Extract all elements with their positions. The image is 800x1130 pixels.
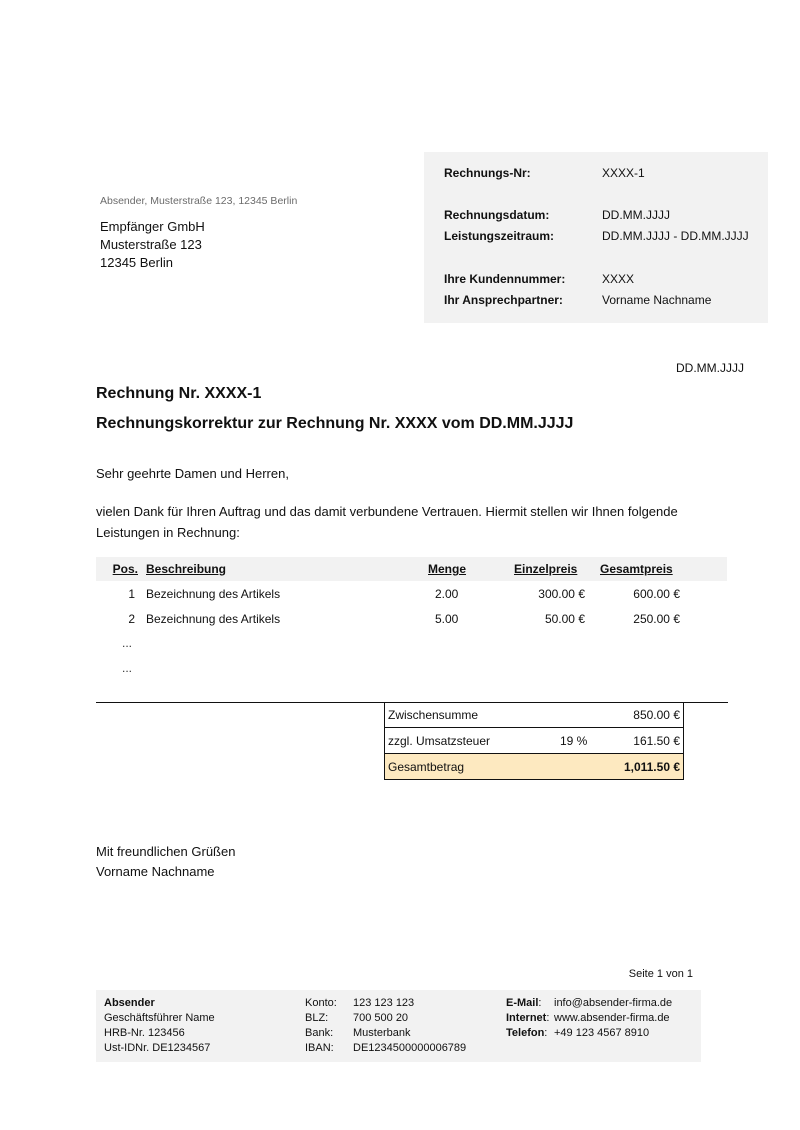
subtotal-value: 850.00 € bbox=[633, 708, 680, 722]
invoice-info-box: Rechnungs-Nr:XXXX-1 Rechnungsdatum:DD.MM… bbox=[424, 152, 768, 323]
info-row-contact-person: Ihr Ansprechpartner:Vorname Nachname bbox=[444, 292, 711, 308]
footer-bank: Konto:123 123 123 BLZ:700 500 20 Bank:Mu… bbox=[305, 996, 466, 1056]
item-unit-price: 300.00 € bbox=[538, 587, 585, 601]
footer-contact: E-Mail:info@absender-firma.de Internet:w… bbox=[506, 996, 672, 1041]
salutation: Sehr geehrte Damen und Herren, bbox=[96, 466, 289, 481]
sender-return-address: Absender, Musterstraße 123, 12345 Berlin bbox=[100, 195, 297, 207]
item-description: Bezeichnung des Artikels bbox=[146, 612, 280, 626]
letter-date: DD.MM.JJJJ bbox=[676, 361, 744, 375]
tax-rate: 19 % bbox=[560, 734, 587, 748]
recipient-line: Empfänger GmbH bbox=[100, 218, 205, 236]
subtotal-label: Zwischensumme bbox=[388, 708, 478, 722]
item-total-price: 600.00 € bbox=[633, 587, 680, 601]
contact-key: Telefon: bbox=[506, 1026, 554, 1041]
bank-value: 123 123 123 bbox=[353, 997, 414, 1009]
bank-value: 700 500 20 bbox=[353, 1012, 408, 1024]
bank-key: Bank: bbox=[305, 1026, 353, 1041]
footer: Absender Geschäftsführer Name HRB-Nr. 12… bbox=[96, 990, 701, 1062]
page-number: Seite 1 von 1 bbox=[629, 968, 693, 980]
info-value: XXXX bbox=[602, 271, 634, 287]
info-label: Rechnungsdatum: bbox=[444, 207, 602, 223]
info-row-invoice-number: Rechnungs-Nr:XXXX-1 bbox=[444, 165, 645, 181]
tax-value: 161.50 € bbox=[633, 734, 680, 748]
bank-key: BLZ: bbox=[305, 1011, 353, 1026]
item-quantity: 2.00 bbox=[435, 587, 458, 601]
company-line: Ust-IDNr. DE1234567 bbox=[104, 1041, 215, 1056]
bank-key: Konto: bbox=[305, 996, 353, 1011]
recipient-address: Empfänger GmbH Musterstraße 123 12345 Be… bbox=[100, 218, 205, 272]
grand-total-label: Gesamtbetrag bbox=[388, 760, 464, 774]
tax-row: zzgl. Umsatzsteuer 19 % 161.50 € bbox=[385, 727, 683, 753]
item-unit-price: 50.00 € bbox=[545, 612, 585, 626]
header-description: Beschreibung bbox=[146, 562, 226, 576]
info-row-service-period: Leistungszeitraum:DD.MM.JJJJ - DD.MM.JJJ… bbox=[444, 228, 749, 244]
email-link[interactable]: info@absender-firma.de bbox=[554, 997, 672, 1009]
company-name: Absender bbox=[104, 996, 215, 1011]
table-row: 2 Bezeichnung des Artikels 5.00 50.00 € … bbox=[96, 607, 727, 631]
footer-company: Absender Geschäftsführer Name HRB-Nr. 12… bbox=[104, 996, 215, 1056]
info-row-customer-number: Ihre Kundennummer:XXXX bbox=[444, 271, 634, 287]
website-link[interactable]: www.absender-firma.de bbox=[554, 1012, 670, 1024]
grand-total-row: Gesamtbetrag 1,011.50 € bbox=[385, 753, 683, 779]
header-total-price: Gesamtpreis bbox=[600, 562, 673, 576]
closing: Mit freundlichen Grüßen Vorname Nachname bbox=[96, 842, 235, 882]
ellipsis-row: ... bbox=[122, 661, 132, 675]
totals-table: Zwischensumme 850.00 € zzgl. Umsatzsteue… bbox=[384, 702, 684, 780]
recipient-line: Musterstraße 123 bbox=[100, 236, 205, 254]
info-label: Leistungszeitraum: bbox=[444, 228, 602, 244]
contact-key: Internet: bbox=[506, 1011, 554, 1026]
bank-value: DE1234500000006789 bbox=[353, 1042, 466, 1054]
invoice-title: Rechnung Nr. XXXX-1 bbox=[96, 385, 261, 403]
info-value: XXXX-1 bbox=[602, 165, 645, 181]
phone-number: +49 123 4567 8910 bbox=[554, 1027, 649, 1039]
items-table-header: Pos. Beschreibung Menge Einzelpreis Gesa… bbox=[96, 557, 727, 581]
info-value: Vorname Nachname bbox=[602, 292, 711, 308]
item-pos: 1 bbox=[128, 587, 135, 601]
bank-key: IBAN: bbox=[305, 1041, 353, 1056]
tax-label: zzgl. Umsatzsteuer bbox=[388, 734, 490, 748]
bank-value: Musterbank bbox=[353, 1027, 410, 1039]
company-line: HRB-Nr. 123456 bbox=[104, 1026, 215, 1041]
info-label: Rechnungs-Nr: bbox=[444, 165, 602, 181]
contact-key: E-Mail: bbox=[506, 996, 554, 1011]
table-row: 1 Bezeichnung des Artikels 2.00 300.00 €… bbox=[96, 582, 727, 606]
intro-text: vielen Dank für Ihren Auftrag und das da… bbox=[96, 501, 696, 543]
info-label: Ihre Kundennummer: bbox=[444, 271, 602, 287]
info-value: DD.MM.JJJJ bbox=[602, 207, 670, 223]
signature-name: Vorname Nachname bbox=[96, 862, 235, 882]
item-pos: 2 bbox=[128, 612, 135, 626]
recipient-line: 12345 Berlin bbox=[100, 254, 205, 272]
closing-phrase: Mit freundlichen Grüßen bbox=[96, 842, 235, 862]
company-line: Geschäftsführer Name bbox=[104, 1011, 215, 1026]
info-label: Ihr Ansprechpartner: bbox=[444, 292, 602, 308]
header-quantity: Menge bbox=[428, 562, 466, 576]
header-pos: Pos. bbox=[113, 562, 138, 576]
item-description: Bezeichnung des Artikels bbox=[146, 587, 280, 601]
item-total-price: 250.00 € bbox=[633, 612, 680, 626]
info-row-invoice-date: Rechnungsdatum:DD.MM.JJJJ bbox=[444, 207, 670, 223]
grand-total-value: 1,011.50 € bbox=[624, 760, 680, 774]
info-value: DD.MM.JJJJ - DD.MM.JJJJ bbox=[602, 228, 749, 244]
subtotal-row: Zwischensumme 850.00 € bbox=[385, 702, 683, 727]
ellipsis-row: ... bbox=[122, 636, 132, 650]
correction-title: Rechnungskorrektur zur Rechnung Nr. XXXX… bbox=[96, 415, 573, 433]
item-quantity: 5.00 bbox=[435, 612, 458, 626]
header-unit-price: Einzelpreis bbox=[514, 562, 577, 576]
